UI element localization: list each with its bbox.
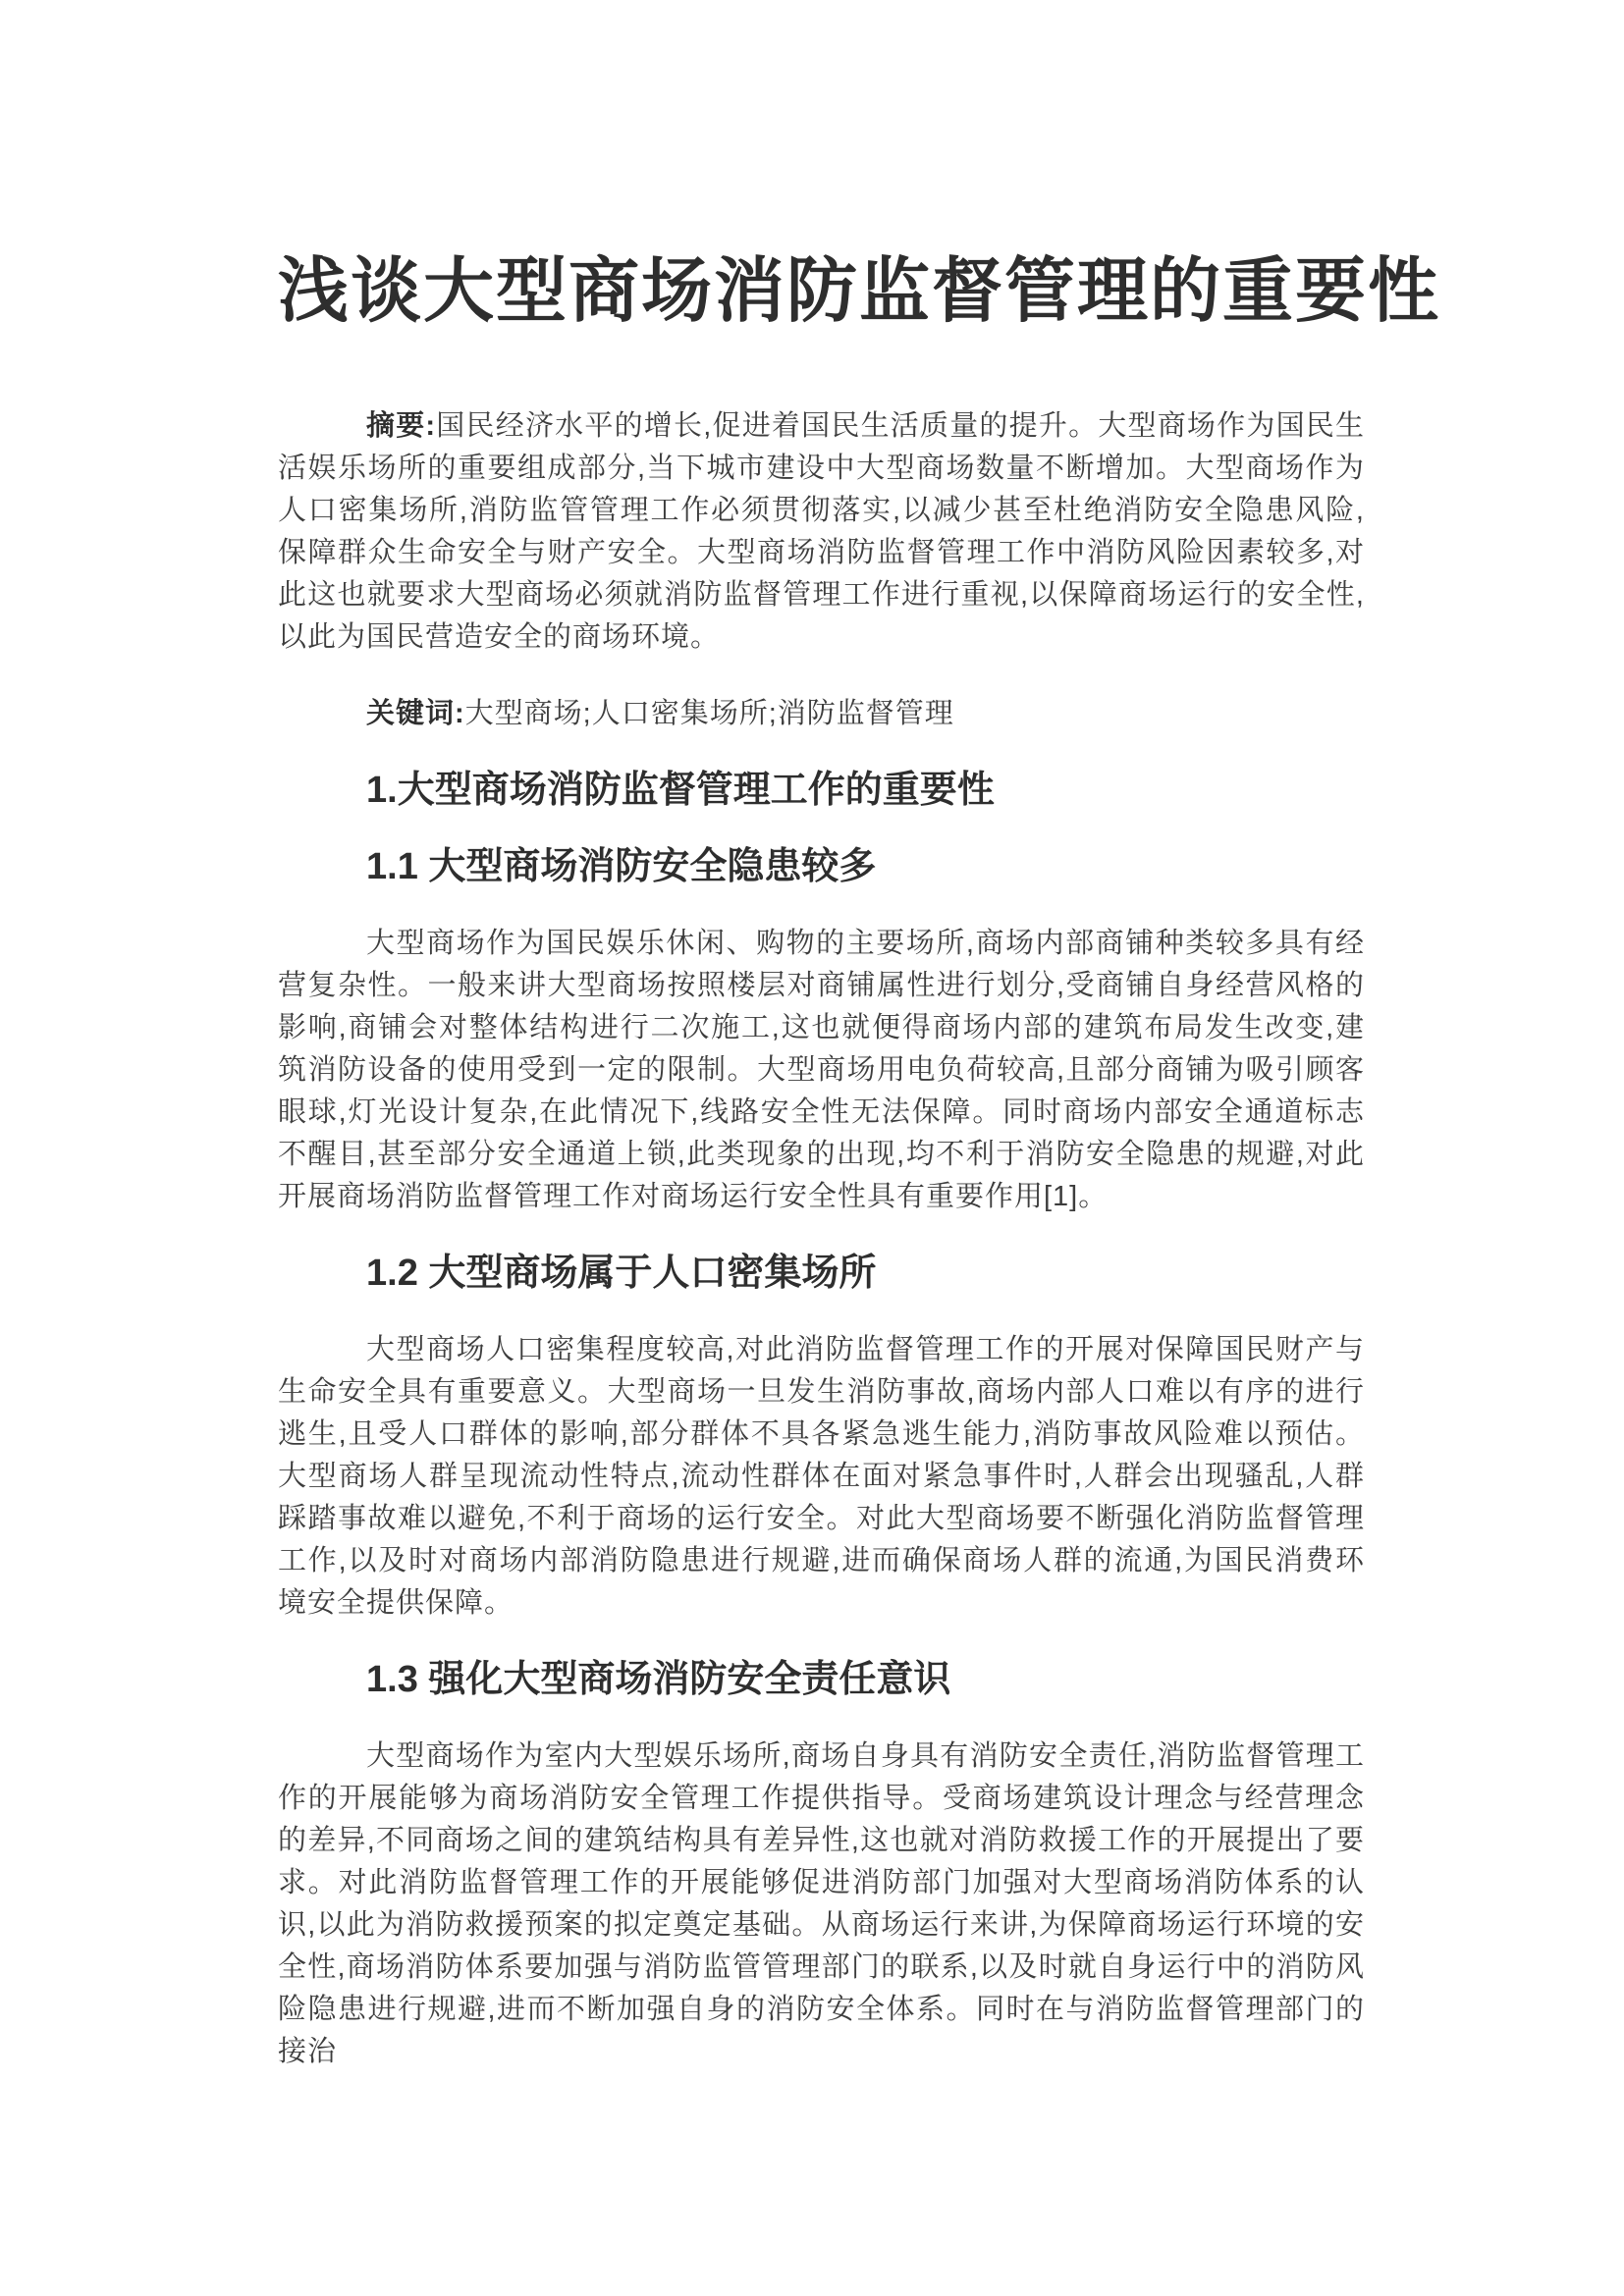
section-1-1-paragraph: 大型商场作为国民娱乐休闲、购物的主要场所,商场内部商铺种类较多具有经营复杂性。一…: [278, 923, 1365, 1218]
section-heading-1-2: 1.2 大型商场属于人口密集场所: [278, 1253, 1365, 1295]
abstract-paragraph: 摘要:国民经济水平的增长,促进着国民生活质量的提升。大型商场作为国民生活娱乐场所…: [278, 405, 1365, 659]
section-1-2-paragraph: 大型商场人口密集程度较高,对此消防监督管理工作的开展对保障国民财产与生命安全具有…: [278, 1329, 1365, 1625]
keywords-line: 关键词:大型商场;人口密集场所;消防监督管理: [278, 693, 1365, 735]
abstract-text: 国民经济水平的增长,促进着国民生活质量的提升。大型商场作为国民生活娱乐场所的重要…: [278, 410, 1365, 653]
abstract-label: 摘要:: [366, 410, 436, 442]
keywords-label: 关键词:: [366, 698, 465, 729]
document-page: 浅谈大型商场消防监督管理的重要性 摘要:国民经济水平的增长,促进着国民生活质量的…: [278, 0, 1365, 2073]
section-heading-1-1: 1.1 大型商场消防安全隐患较多: [278, 846, 1365, 888]
keywords-text: 大型商场;人口密集场所;消防监督管理: [465, 698, 954, 729]
section-heading-1-3: 1.3 强化大型商场消防安全责任意识: [278, 1659, 1365, 1701]
document-title: 浅谈大型商场消防监督管理的重要性: [278, 250, 1365, 333]
section-1-3-paragraph: 大型商场作为室内大型娱乐场所,商场自身具有消防安全责任,消防监督管理工作的开展能…: [278, 1735, 1365, 2073]
section-heading-1: 1.大型商场消防监督管理工作的重要性: [278, 770, 1365, 812]
